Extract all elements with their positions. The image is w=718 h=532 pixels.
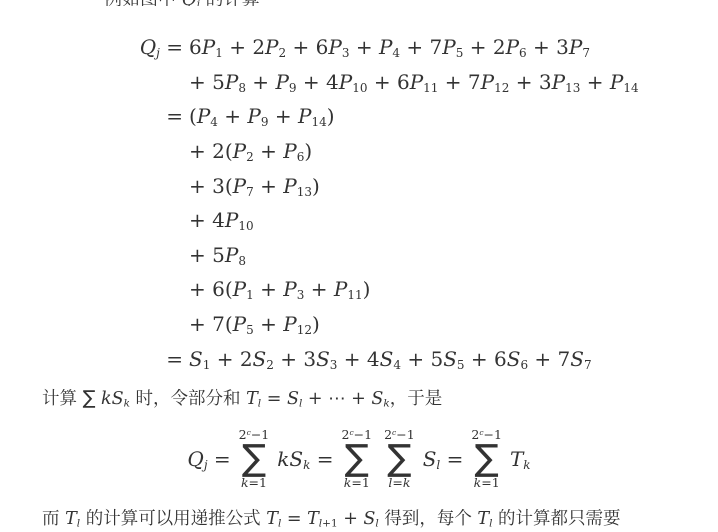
clipped-line: 例如图中 Qj 的计算: [0, 0, 718, 6]
eq-row-9: + 7(P5 + P12): [135, 307, 718, 342]
eq-body: + 6(P1 + P3 + P11): [189, 277, 370, 301]
clipped-line-text: 例如图中 Qj 的计算: [104, 0, 718, 6]
eq-body: + 5P8 + P9 + 4P10 + 6P11 + 7P12 + 3P13 +…: [189, 70, 639, 94]
eq-body: + 4P10: [189, 208, 254, 232]
eq-row-4: + 2(P2 + P6): [135, 134, 718, 169]
paragraph-partial-sum: 计算 ∑ kSk 时，令部分和 Tl = Sl + ⋯ + Sk，于是: [42, 386, 710, 411]
sum-lower-limit: k=1: [344, 476, 370, 490]
eq-lhs: Qj =: [135, 35, 183, 59]
eq-row-8: + 6(P1 + P3 + P11): [135, 272, 718, 307]
eq-row-2: + 5P8 + P9 + 4P10 + 6P11 + 7P12 + 3P13 +…: [135, 65, 718, 100]
eq-row-10: =S1 + 2S2 + 3S3 + 4S4 + 5S5 + 6S6 + 7S7: [135, 341, 718, 376]
eq-body: S1 + 2S2 + 3S3 + 4S4 + 5S5 + 6S6 + 7S7: [189, 347, 592, 371]
page: 例如图中 Qj 的计算 Qj =6P1 + 2P2 + 6P3 + P4 + 7…: [0, 0, 718, 531]
eq-row-6: + 4P10: [135, 203, 718, 238]
align-equations: Qj =6P1 + 2P2 + 6P3 + P4 + 7P5 + 2P6 + 3…: [135, 30, 718, 376]
sigma-symbol: ∑: [242, 442, 266, 476]
sigma-symbol: ∑: [387, 442, 411, 476]
eq-body: + 5P8: [189, 243, 246, 267]
eq-body: + 3(P7 + P13): [189, 174, 320, 198]
big-sum-operator: 2c−1∑k=1: [471, 428, 502, 490]
big-sum-operator: 2c−1∑k=1: [342, 428, 373, 490]
big-sum-operator: 2c−1∑k=1: [239, 428, 270, 490]
paragraph-recurrence: 而 Tl 的计算可以用递推公式 Tl = Tl+1 + Sl 得到，每个 Tl …: [42, 507, 710, 531]
eq-body: 6P1 + 2P2 + 6P3 + P4 + 7P5 + 2P6 + 3P7: [189, 35, 590, 59]
math-segment: kSk =: [277, 447, 333, 471]
sum-lower-limit: k=1: [241, 476, 267, 490]
math-segment: Qj =: [187, 447, 230, 471]
eq-lhs: =: [135, 347, 183, 371]
math-segment: Sl =: [423, 447, 464, 471]
sigma-symbol: ∑: [345, 442, 369, 476]
sigma-symbol: ∑: [475, 442, 499, 476]
eq-body: + 7(P5 + P12): [189, 312, 320, 336]
sum-lower-limit: l=k: [388, 476, 410, 490]
display-sum-equation: Qj =2c−1∑k=1kSk =2c−1∑k=12c−1∑l=kSl =2c−…: [0, 421, 718, 497]
math-segment: Tk: [510, 447, 531, 471]
eq-row-1: Qj =6P1 + 2P2 + 6P3 + P4 + 7P5 + 2P6 + 3…: [135, 30, 718, 65]
eq-row-7: + 5P8: [135, 238, 718, 273]
eq-body: + 2(P2 + P6): [189, 139, 312, 163]
eq-row-5: + 3(P7 + P13): [135, 168, 718, 203]
eq-body: (P4 + P9 + P14): [189, 104, 335, 128]
eq-lhs: =: [135, 104, 183, 128]
eq-row-3: =(P4 + P9 + P14): [135, 99, 718, 134]
big-sum-operator: 2c−1∑l=k: [384, 428, 415, 490]
sum-lower-limit: k=1: [474, 476, 500, 490]
